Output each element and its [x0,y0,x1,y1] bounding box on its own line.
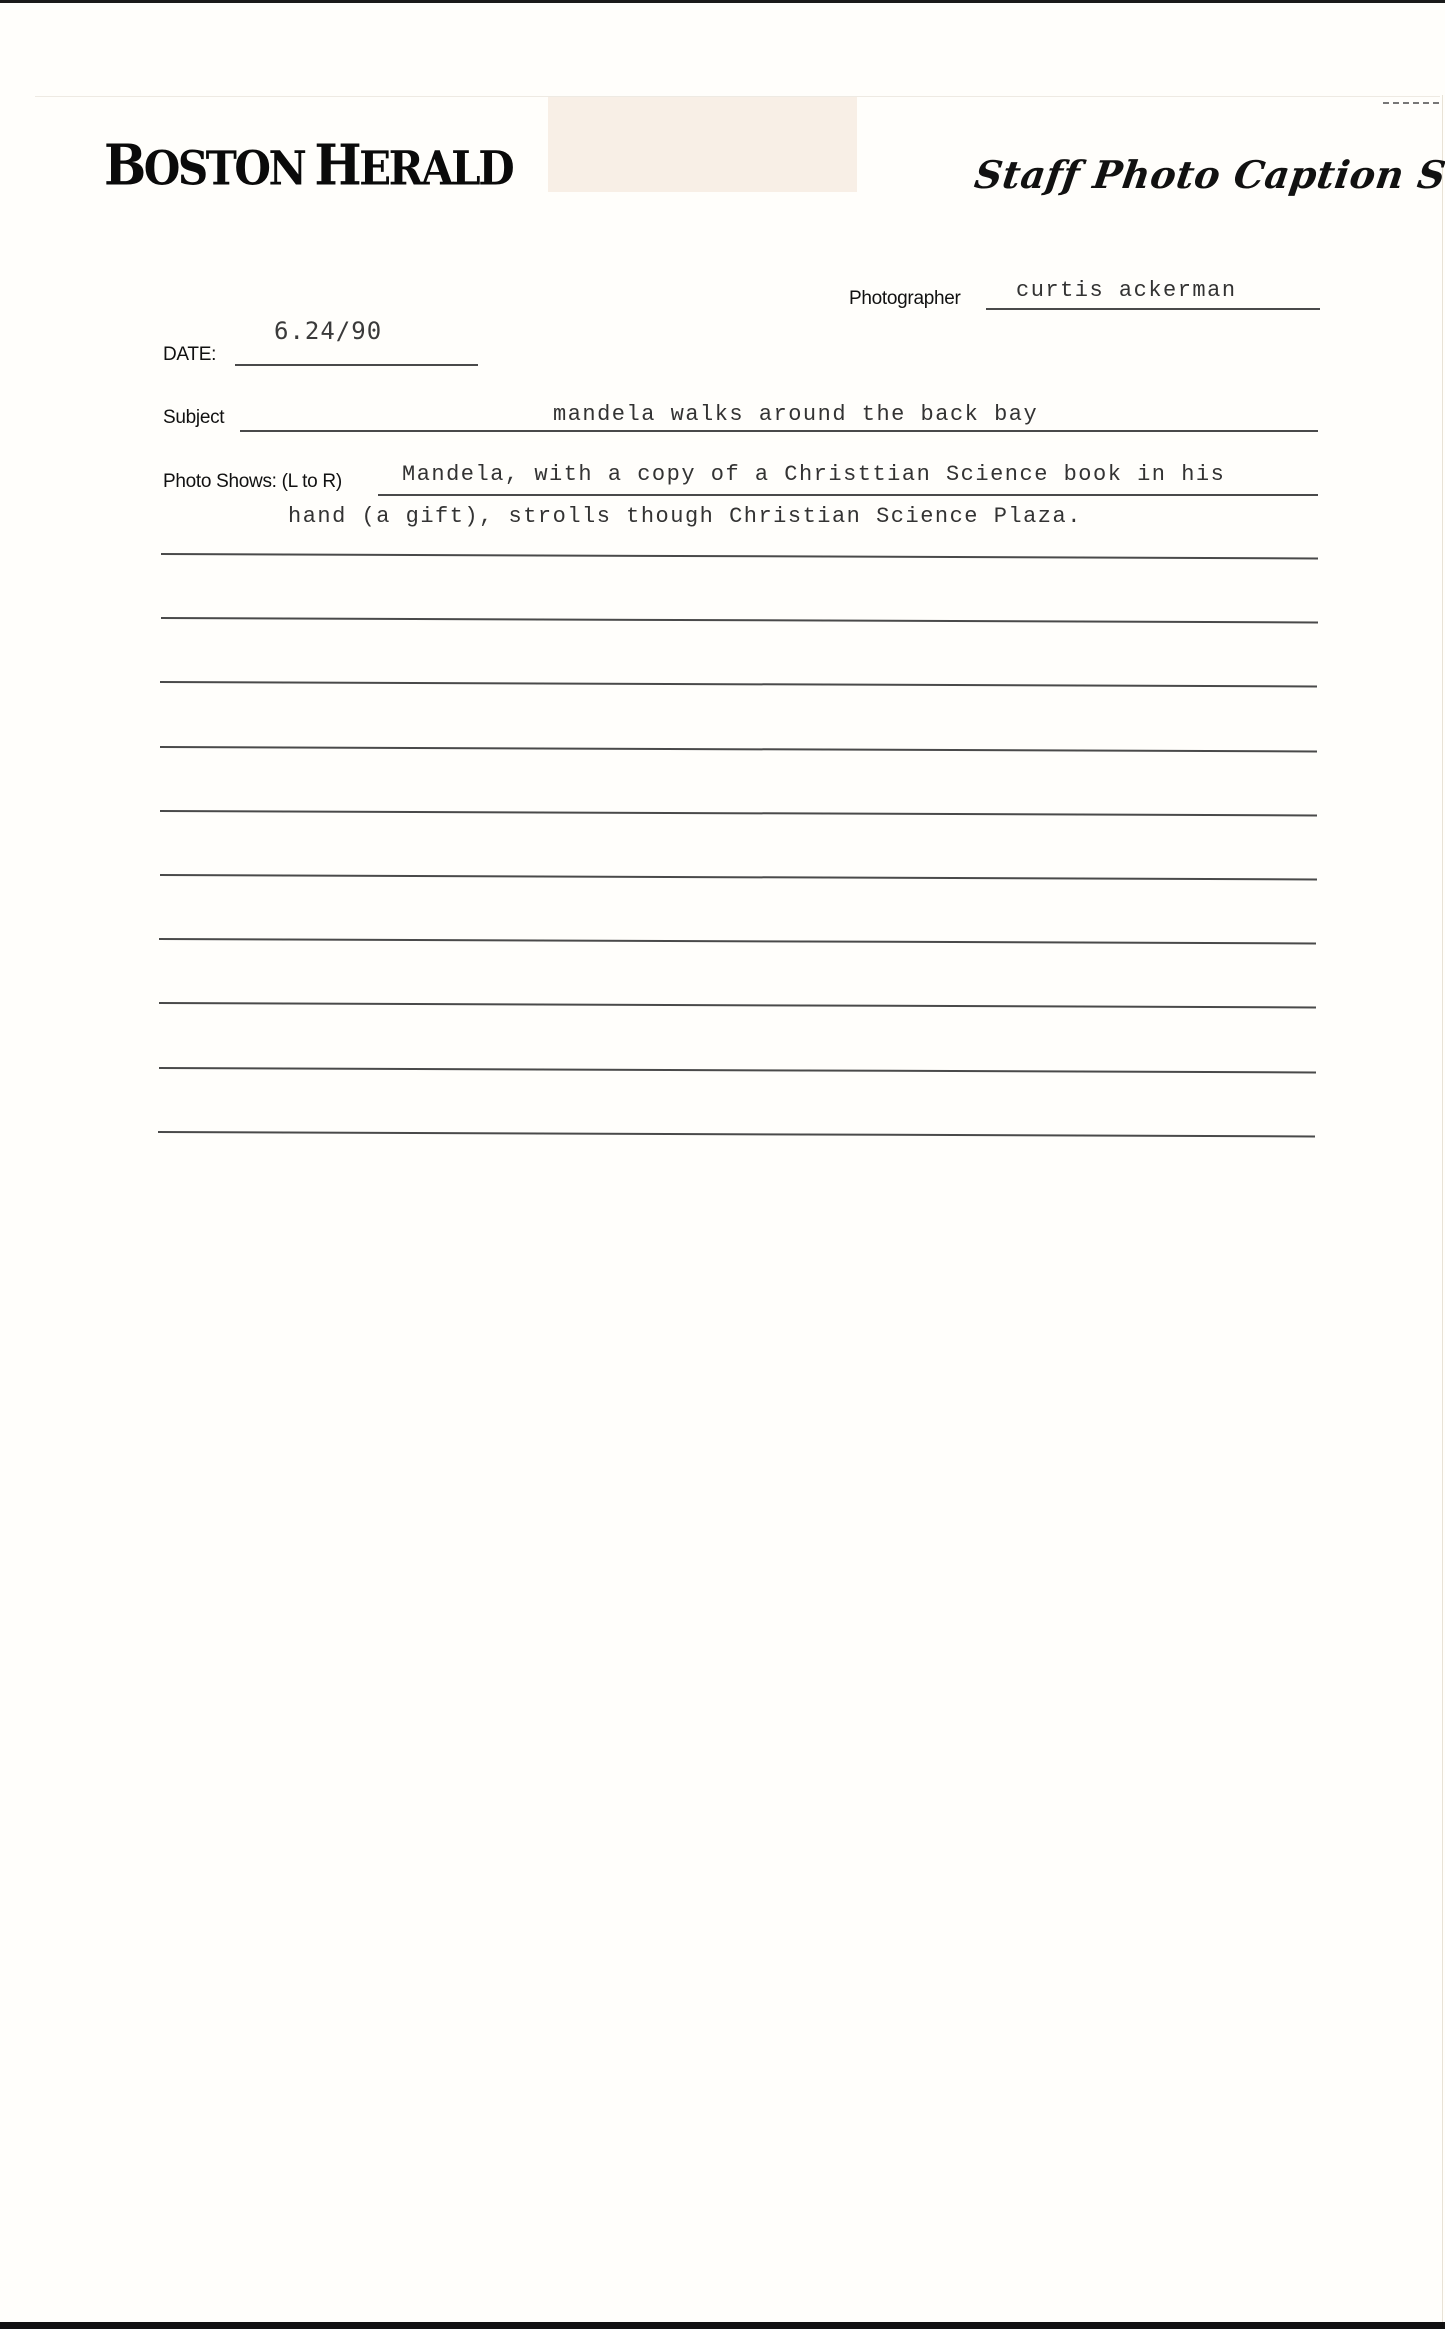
logo-initial-h: H [314,132,359,198]
caption-line[interactable] [160,681,1317,687]
subject-line [240,430,1318,432]
caption-line[interactable] [159,874,1316,880]
photo-shows-line-1[interactable]: Mandela, with a copy of a Christtian Sci… [402,462,1225,487]
photographer-label: Photographer [849,288,961,310]
photo-shows-line [378,494,1318,496]
caption-line[interactable] [160,810,1317,816]
caption-line[interactable] [159,1067,1316,1073]
photo-shows-line-2[interactable]: hand (a gift), strolls though Christian … [288,504,1082,529]
tape-residue-patch [548,97,857,192]
scan-border-top [0,0,1445,3]
caption-line[interactable] [159,1002,1316,1008]
caption-line[interactable] [158,1131,1315,1137]
logo-word-herald: ERALD [359,141,512,196]
photo-shows-label: Photo Shows: (L to R) [163,471,342,493]
logo-word-boston: OSTON [144,141,305,196]
caption-line[interactable] [161,617,1318,623]
caption-line[interactable] [160,746,1317,752]
subject-label: Subject [163,407,224,429]
scan-border-bottom [0,2322,1445,2329]
boston-herald-logo: BOSTONHERALD [104,132,512,198]
logo-initial-b: B [104,132,144,198]
form-title: Staff Photo Caption Slip [972,152,1445,197]
date-label: DATE: [163,344,216,366]
caption-line[interactable] [159,938,1316,944]
photographer-line [986,308,1320,310]
date-line [235,364,478,366]
cut-mark [1383,102,1439,104]
date-value[interactable]: 6.24/90 [274,317,382,345]
subject-value[interactable]: mandela walks around the back bay [553,402,1038,427]
photographer-value[interactable]: curtis ackerman [1016,278,1237,303]
caption-line[interactable] [161,553,1318,559]
paper-right-edge [1442,95,1443,2322]
